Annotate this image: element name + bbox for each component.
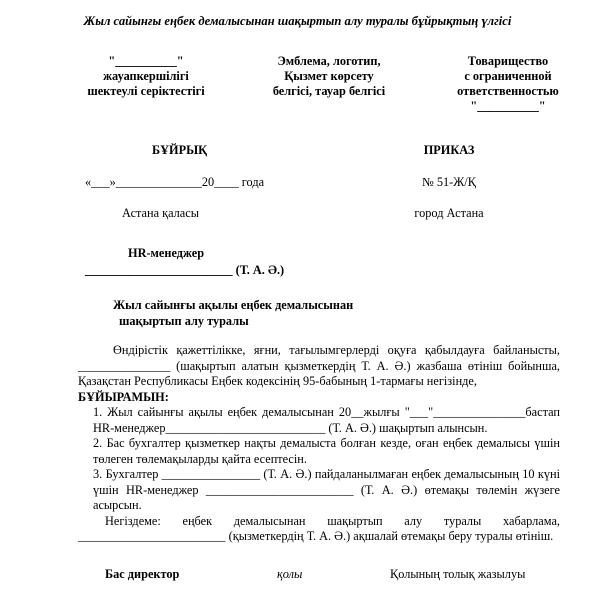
order-items-list: 1. Жыл сайынғы ақылы еңбек демалысынан 2…	[93, 405, 560, 514]
company-ru-blank-line: "__________"	[422, 99, 594, 114]
letterhead-company-kz: "__________" жауапкершілігі шектеулі сер…	[62, 54, 230, 114]
letterhead-company-ru: Товарищество с ограниченной ответственно…	[422, 54, 594, 114]
signature-hint: қолы	[277, 567, 302, 583]
letterhead: "__________" жауапкершілігі шектеулі сер…	[0, 54, 595, 114]
page-title: Жыл сайынғы еңбек демалысынан шақыртып а…	[0, 0, 595, 30]
order-header: БҰЙРЫҚ «___»______________20____ года Ас…	[0, 143, 595, 222]
basis-paragraph: Негіздеме: еңбек демалысынан шақыртып ал…	[78, 514, 560, 545]
order-date-line: «___»______________20____ года	[85, 175, 313, 191]
resolution-word: БҰЙЫРАМЫН:	[78, 390, 595, 406]
signer-position: Бас директор	[105, 567, 179, 583]
addressee-position: HR-менеджер	[128, 246, 595, 262]
order-number: № 51-Ж/Қ	[338, 175, 560, 191]
subject-line2: шақыртып алу туралы	[119, 314, 595, 330]
order-city-kz: Астана қаласы	[122, 206, 313, 222]
company-kz-blank-line: "__________"	[62, 54, 230, 69]
order-item-3: 3. Бухгалтер ________________ (Т. А. Ә.)…	[93, 467, 560, 514]
company-kz-line3: шектеулі серіктестігі	[62, 84, 230, 99]
signer-fullname-hint: Қолының толық жазылуы	[390, 567, 525, 583]
addressee-block: HR-менеджер ________________________ (Т.…	[0, 246, 595, 278]
subject-heading: Жыл сайынғы ақылы еңбек демалысынан шақы…	[0, 298, 595, 329]
subject-line1: Жыл сайынғы ақылы еңбек демалысынан	[113, 298, 595, 314]
order-title-ru: ПРИКАЗ	[338, 143, 560, 159]
company-ru-line2: с ограниченной	[422, 69, 594, 84]
order-item-2: 2. Бас бухгалтер қызметкер нақты демалыс…	[93, 436, 560, 467]
company-ru-line1: Товарищество	[422, 54, 594, 69]
order-city-ru: город Астана	[338, 206, 560, 222]
letterhead-emblem-placeholder: Эмблема, логотип, Қызмет көрсету белгісі…	[238, 54, 420, 114]
emblem-line1: Эмблема, логотип,	[238, 54, 420, 69]
order-header-russian: ПРИКАЗ № 51-Ж/Қ город Астана	[338, 143, 560, 222]
emblem-line2: Қызмет көрсету	[238, 69, 420, 84]
preamble-paragraph: Өндірістік қажеттілікке, яғни, тағылымге…	[78, 343, 560, 390]
company-ru-line3: ответственностью	[422, 84, 594, 99]
signature-row: Бас директор қолы Қолының толық жазылуы	[0, 567, 595, 583]
addressee-name-line: ________________________ (Т. А. Ә.)	[85, 263, 595, 279]
order-template-document: Жыл сайынғы еңбек демалысынан шақыртып а…	[0, 0, 595, 600]
emblem-line3: белгісі, тауар белгісі	[238, 84, 420, 99]
order-item-1: 1. Жыл сайынғы ақылы еңбек демалысынан 2…	[93, 405, 560, 436]
order-title-kz: БҰЙРЫҚ	[152, 143, 313, 159]
order-header-kazakh: БҰЙРЫҚ «___»______________20____ года Ас…	[78, 143, 313, 222]
company-kz-line2: жауапкершілігі	[62, 69, 230, 84]
